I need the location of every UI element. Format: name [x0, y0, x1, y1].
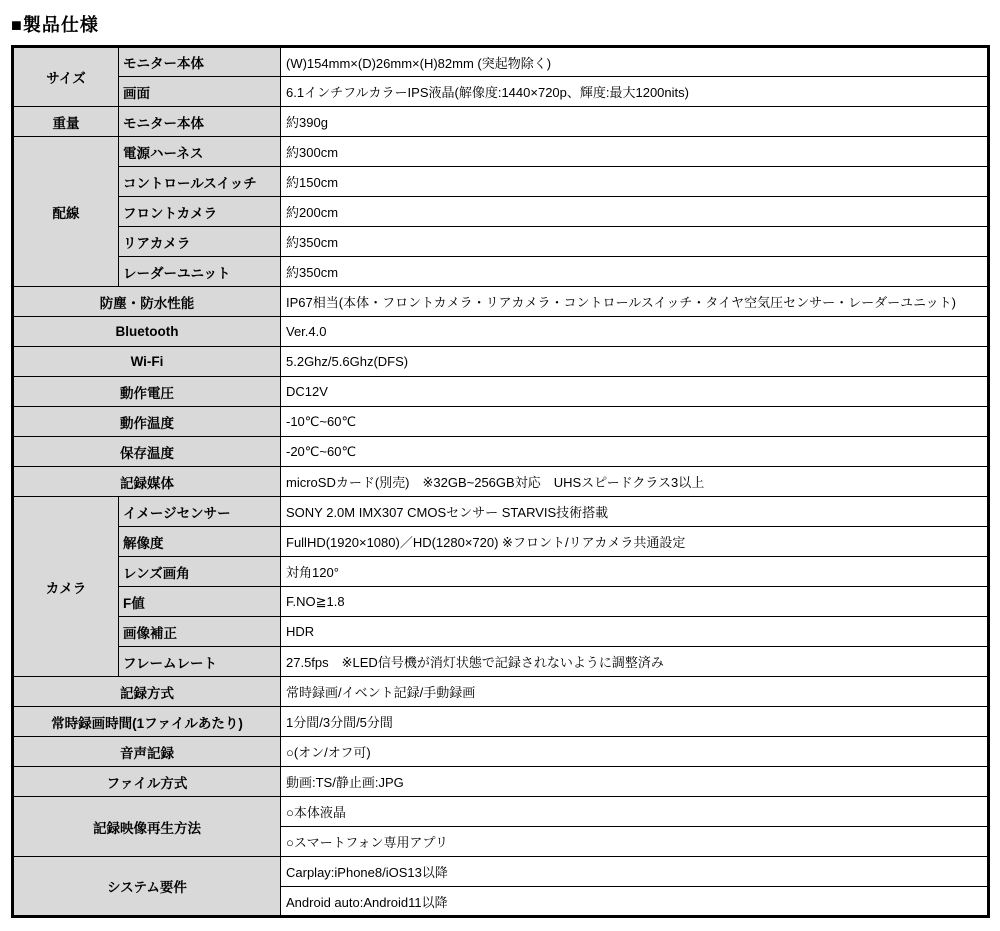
table-row: コントロールスイッチ約150cm [13, 167, 989, 197]
table-row: 重量モニター本体約390g [13, 107, 989, 137]
table-row: 解像度FullHD(1920×1080)／HD(1280×720) ※フロント/… [13, 527, 989, 557]
spec-value-cell: 5.2Ghz/5.6Ghz(DFS) [281, 347, 989, 377]
spec-value-cell: FullHD(1920×1080)／HD(1280×720) ※フロント/リアカ… [281, 527, 989, 557]
table-row: 記録媒体microSDカード(別売) ※32GB~256GB対応 UHSスピード… [13, 467, 989, 497]
spec-value-cell: 約200cm [281, 197, 989, 227]
spec-category-cell: Bluetooth [13, 317, 281, 347]
spec-table-body: サイズモニター本体(W)154mm×(D)26mm×(H)82mm (突起物除く… [13, 47, 989, 917]
spec-value-cell: 約350cm [281, 257, 989, 287]
spec-category-cell: 配線 [13, 137, 119, 287]
spec-category-cell: カメラ [13, 497, 119, 677]
table-row: 音声記録○(オン/オフ可) [13, 737, 989, 767]
spec-subitem-cell: F値 [119, 587, 281, 617]
spec-category-cell: 保存温度 [13, 437, 281, 467]
spec-value-cell: 約390g [281, 107, 989, 137]
spec-value-cell: 27.5fps ※LED信号機が消灯状態で記録されないように調整済み [281, 647, 989, 677]
spec-subitem-cell: 画像補正 [119, 617, 281, 647]
table-row: フレームレート27.5fps ※LED信号機が消灯状態で記録されないように調整済… [13, 647, 989, 677]
spec-value-cell: 約150cm [281, 167, 989, 197]
spec-value-cell: 約350cm [281, 227, 989, 257]
spec-subitem-cell: 画面 [119, 77, 281, 107]
table-row: 常時録画時間(1ファイルあたり)1分間/3分間/5分間 [13, 707, 989, 737]
spec-category-cell: 記録映像再生方法 [13, 797, 281, 857]
spec-subitem-cell: フレームレート [119, 647, 281, 677]
spec-value-cell: ○(オン/オフ可) [281, 737, 989, 767]
table-row: レーダーユニット約350cm [13, 257, 989, 287]
table-row: 動作電圧DC12V [13, 377, 989, 407]
spec-subitem-cell: 電源ハーネス [119, 137, 281, 167]
spec-value-cell: ○本体液晶 [281, 797, 989, 827]
table-row: 記録方式常時録画/イベント記録/手動録画 [13, 677, 989, 707]
spec-subitem-cell: イメージセンサー [119, 497, 281, 527]
spec-subitem-cell: フロントカメラ [119, 197, 281, 227]
spec-category-cell: 動作電圧 [13, 377, 281, 407]
spec-category-cell: 記録媒体 [13, 467, 281, 497]
spec-value-cell: 常時録画/イベント記録/手動録画 [281, 677, 989, 707]
table-row: 防塵・防水性能IP67相当(本体・フロントカメラ・リアカメラ・コントロールスイッ… [13, 287, 989, 317]
spec-category-cell: ファイル方式 [13, 767, 281, 797]
table-row: BluetoothVer.4.0 [13, 317, 989, 347]
product-spec-table: サイズモニター本体(W)154mm×(D)26mm×(H)82mm (突起物除く… [11, 45, 990, 918]
spec-value-cell: Carplay:iPhone8/iOS13以降 [281, 857, 989, 887]
spec-subitem-cell: 解像度 [119, 527, 281, 557]
spec-value-cell: 約300cm [281, 137, 989, 167]
table-row: リアカメラ約350cm [13, 227, 989, 257]
spec-value-cell: 動画:TS/静止画:JPG [281, 767, 989, 797]
spec-value-cell: 1分間/3分間/5分間 [281, 707, 989, 737]
spec-value-cell: DC12V [281, 377, 989, 407]
spec-subitem-cell: レーダーユニット [119, 257, 281, 287]
spec-value-cell: IP67相当(本体・フロントカメラ・リアカメラ・コントロールスイッチ・タイヤ空気… [281, 287, 989, 317]
spec-value-cell: Android auto:Android11以降 [281, 887, 989, 917]
table-row: Wi-Fi5.2Ghz/5.6Ghz(DFS) [13, 347, 989, 377]
spec-category-cell: 防塵・防水性能 [13, 287, 281, 317]
table-row: 記録映像再生方法○本体液晶 [13, 797, 989, 827]
page-title: ■製品仕様 [11, 11, 1000, 37]
spec-value-cell: Ver.4.0 [281, 317, 989, 347]
spec-category-cell: 動作温度 [13, 407, 281, 437]
spec-value-cell: 6.1インチフルカラーIPS液晶(解像度:1440×720p、輝度:最大1200… [281, 77, 989, 107]
spec-category-cell: 音声記録 [13, 737, 281, 767]
spec-category-cell: Wi-Fi [13, 347, 281, 377]
table-row: 配線電源ハーネス約300cm [13, 137, 989, 167]
table-row: 動作温度-10℃~60℃ [13, 407, 989, 437]
spec-value-cell: (W)154mm×(D)26mm×(H)82mm (突起物除く) [281, 47, 989, 77]
spec-subitem-cell: モニター本体 [119, 47, 281, 77]
spec-category-cell: 記録方式 [13, 677, 281, 707]
table-row: 画面6.1インチフルカラーIPS液晶(解像度:1440×720p、輝度:最大12… [13, 77, 989, 107]
spec-value-cell: -20℃~60℃ [281, 437, 989, 467]
spec-category-cell: サイズ [13, 47, 119, 107]
spec-subitem-cell: レンズ画角 [119, 557, 281, 587]
table-row: フロントカメラ約200cm [13, 197, 989, 227]
spec-category-cell: 重量 [13, 107, 119, 137]
table-row: システム要件Carplay:iPhone8/iOS13以降 [13, 857, 989, 887]
spec-subitem-cell: コントロールスイッチ [119, 167, 281, 197]
spec-value-cell: SONY 2.0M IMX307 CMOSセンサー STARVIS技術搭載 [281, 497, 989, 527]
spec-subitem-cell: リアカメラ [119, 227, 281, 257]
spec-value-cell: microSDカード(別売) ※32GB~256GB対応 UHSスピードクラス3… [281, 467, 989, 497]
spec-subitem-cell: モニター本体 [119, 107, 281, 137]
table-row: 画像補正HDR [13, 617, 989, 647]
spec-value-cell: HDR [281, 617, 989, 647]
spec-value-cell: -10℃~60℃ [281, 407, 989, 437]
table-row: レンズ画角対角120° [13, 557, 989, 587]
spec-value-cell: 対角120° [281, 557, 989, 587]
spec-value-cell: ○スマートフォン専用アプリ [281, 827, 989, 857]
table-row: サイズモニター本体(W)154mm×(D)26mm×(H)82mm (突起物除く… [13, 47, 989, 77]
spec-category-cell: 常時録画時間(1ファイルあたり) [13, 707, 281, 737]
table-row: カメライメージセンサーSONY 2.0M IMX307 CMOSセンサー STA… [13, 497, 989, 527]
table-row: ファイル方式動画:TS/静止画:JPG [13, 767, 989, 797]
spec-category-cell: システム要件 [13, 857, 281, 917]
table-row: F値F.NO≧1.8 [13, 587, 989, 617]
spec-value-cell: F.NO≧1.8 [281, 587, 989, 617]
table-row: 保存温度-20℃~60℃ [13, 437, 989, 467]
